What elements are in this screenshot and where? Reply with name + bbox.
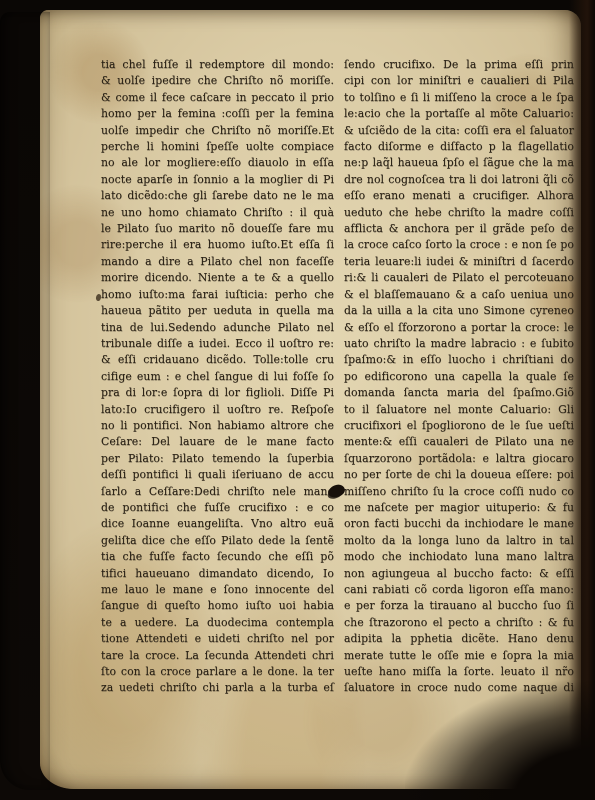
text-column-right: ſendo crucifixo. De la prima eſſi princi…: [344, 57, 574, 697]
text-line: no ale lor mogliere:eſſo diauolo in eſſa: [101, 155, 334, 171]
text-line: de pontifici che fuſſe crucifixo : e co: [101, 500, 334, 516]
text-line: tione Attendeti e uideti chriſto nel por: [101, 631, 334, 647]
text-line: dre nol cognoſcea tra li doi latroni q̃l…: [344, 172, 574, 188]
text-line: homo iuſto:ma farai iuſticia: perho che: [101, 287, 334, 303]
text-line: cipi con lor miniſtri e caualieri di Pil…: [344, 73, 574, 89]
text-line: & uolſe ipedire che Chriſto nõ moriſſe.: [101, 73, 334, 89]
text-line: tia chel fuſſe il redemptore dil mondo:: [101, 57, 334, 73]
text-line: haueua pãtito per ueduta in quella ma: [101, 303, 334, 319]
text-line: ſquarzorono portãdola: e laltra giocaro: [344, 451, 574, 467]
text-line: & eſſo el ſforzorono a portar la croce: …: [344, 320, 574, 336]
text-line: domanda ſancta maria del ſpaſmo.Giõ: [344, 385, 574, 401]
text-line: facto diſorme e diſfacto p la flagellati…: [344, 139, 574, 155]
text-line: deſſi pontifici li quali iſeriuano de ac…: [101, 467, 334, 483]
text-line: per Pilato: Pilato temendo la ſuperbia: [101, 451, 334, 467]
text-line: non agiungeua al buccho facto: & eſſi: [344, 566, 574, 582]
text-line: oron facti bucchi da inchiodare le mane: [344, 516, 574, 532]
text-line: miſſeno chriſto ſu la croce coſſi nudo c…: [344, 484, 574, 500]
text-line: tifici haueuano dimandato dicendo, Io: [101, 566, 334, 582]
text-line: & eſſi cridauano dicẽdo. Tolle:tolle cru: [101, 352, 334, 368]
text-line: tare la croce. La ſecunda Attendeti chri: [101, 648, 334, 664]
text-line: mando a dire a Pilato chel non faceſſe: [101, 254, 334, 270]
text-line: le Pilato ſuo marito nõ doueſſe fare mu: [101, 221, 334, 237]
text-line: ſendo crucifixo. De la prima eſſi prin: [344, 57, 574, 73]
text-line: tia che fuſſe facto ſecundo che eſſi põ: [101, 549, 334, 565]
text-line: & el blaſſemauano & a caſo ueniua uno: [344, 287, 574, 303]
text-line: ſangue di queſto homo iuſto uoi habia: [101, 598, 334, 614]
text-line: no per ſorte de chi la doueua eſſere: po…: [344, 467, 574, 483]
text-line: e per forza la tirauano al buccho ſuo ſi: [344, 598, 574, 614]
text-line: Ceſare: Del lauare de le mane facto: [101, 434, 334, 450]
text-line: nocte aparſe in ſonnio a la moglier di P…: [101, 172, 334, 188]
text-line: la croce caſco ſorto la croce : e non ſe…: [344, 237, 574, 253]
text-line: homo per la femina :coſſi per la femina: [101, 106, 334, 122]
text-line: afflicta & anchora per il grãde peſo de: [344, 221, 574, 237]
text-line: za uedeti chriſto chi parla a la turba e…: [101, 680, 334, 696]
text-line: le:acio che la portaſſe al mõte Caluario…: [344, 106, 574, 122]
book-photograph: tia chel fuſſe il redemptore dil mondo:&…: [0, 0, 595, 800]
text-line: me naſcete per magior uituperio: & fu: [344, 500, 574, 516]
text-line: uato chriſto la madre labracio : e ſubit…: [344, 336, 574, 352]
text-line: eſſo erano menati a crucifiger. Alhora: [344, 188, 574, 204]
text-line: ri:& li caualeri de Pilato el percoteuan…: [344, 270, 574, 286]
text-line: & come il fece caſcare in peccato il pri…: [101, 90, 334, 106]
text-line: rire:perche il era huomo iuſto.Et eſſa ſ…: [101, 237, 334, 253]
text-line: ſpaſmo:& in eſſo luocho i chriſtiani do: [344, 352, 574, 368]
text-line: molto da la longa luno da laltro in tal: [344, 533, 574, 549]
text-line: ueduto che hebe chriſto la madre coſſi: [344, 205, 574, 221]
text-line: adipita la pphetia dicẽte. Hano denu: [344, 631, 574, 647]
corner-shadow: [405, 680, 595, 800]
text-line: che ſtrazorono el pecto a chriſto : & fu: [344, 615, 574, 631]
text-line: cani rabiati cõ corda ligoron eſſa mano:: [344, 582, 574, 598]
text-line: ſaluatore in croce nudo come naque di: [344, 680, 574, 696]
text-line: me lauo le mane e ſono innocente del: [101, 582, 334, 598]
text-line: perche li homini ſpeſſe uolte compiace: [101, 139, 334, 155]
text-line: tribunale diſſe a iudei. Ecco il uoſtro …: [101, 336, 334, 352]
text-line: pra di lor:e ſopra di lor figlioli. Diſſ…: [101, 385, 334, 401]
text-line: ſto con la croce parlare a le done. la t…: [101, 664, 334, 680]
text-line: ueſte hano miſſa la ſorte. leuato il nr̃…: [344, 664, 574, 680]
text-line: cifige eum : e chel ſangue di lui foſſe …: [101, 369, 334, 385]
text-line: dice Ioanne euangeliſta. Vno altro euã: [101, 516, 334, 532]
text-line: modo che inchiodato luna mano laltra: [344, 549, 574, 565]
text-line: merate tutte le oſſe mie e ſopra la mia: [344, 648, 574, 664]
text-line: & uſciẽdo de la cita: coſſi era el ſalua…: [344, 123, 574, 139]
text-line: mente:& eſſi caualeri de Pilato una ne: [344, 434, 574, 450]
text-line: tina de lui.Sedendo adunche Pilato nel: [101, 320, 334, 336]
text-line: morire dicendo. Niente a te & a quello: [101, 270, 334, 286]
page-edges-stack: [0, 12, 50, 790]
text-line: to il ſaluatore nel monte Caluario: Gli: [344, 402, 574, 418]
text-line: ne:p laq̃l haueua ſpſo el ſãgue che la m…: [344, 155, 574, 171]
text-line: geliſta dice che eſſo Pilato dede la ſen…: [101, 533, 334, 549]
text-line: ne uno homo chiamato Chriſto : il quà: [101, 205, 334, 221]
text-line: to tolſino e ſi li miſſeno la croce a le…: [344, 90, 574, 106]
text-line: lato:Io crucifigero il uoſtro re. Reſpoſ…: [101, 402, 334, 418]
text-column-left: tia chel fuſſe il redemptore dil mondo:&…: [101, 57, 334, 697]
text-line: po edificorono una capella la quale ſe: [344, 369, 574, 385]
text-line: lato dicẽdo:che gli ſarebe dato ne le ma: [101, 188, 334, 204]
text-line: da la uilla a la cita uno Simone cyreneo: [344, 303, 574, 319]
text-line: ſarlo a Ceſſare:Dedi chriſto nele mane: [101, 484, 334, 500]
text-line: teria leuare:li iudei & miniſtri d ſacer…: [344, 254, 574, 270]
text-line: uolſe impedir che Chriſto nõ moriſſe.Et: [101, 123, 334, 139]
text-line: crucifixori el ſpogliorono de le ſue ueſ…: [344, 418, 574, 434]
text-line: no li pontifici. Non habiamo altrore che: [101, 418, 334, 434]
text-line: te a uedere. La duodecima contempla: [101, 615, 334, 631]
